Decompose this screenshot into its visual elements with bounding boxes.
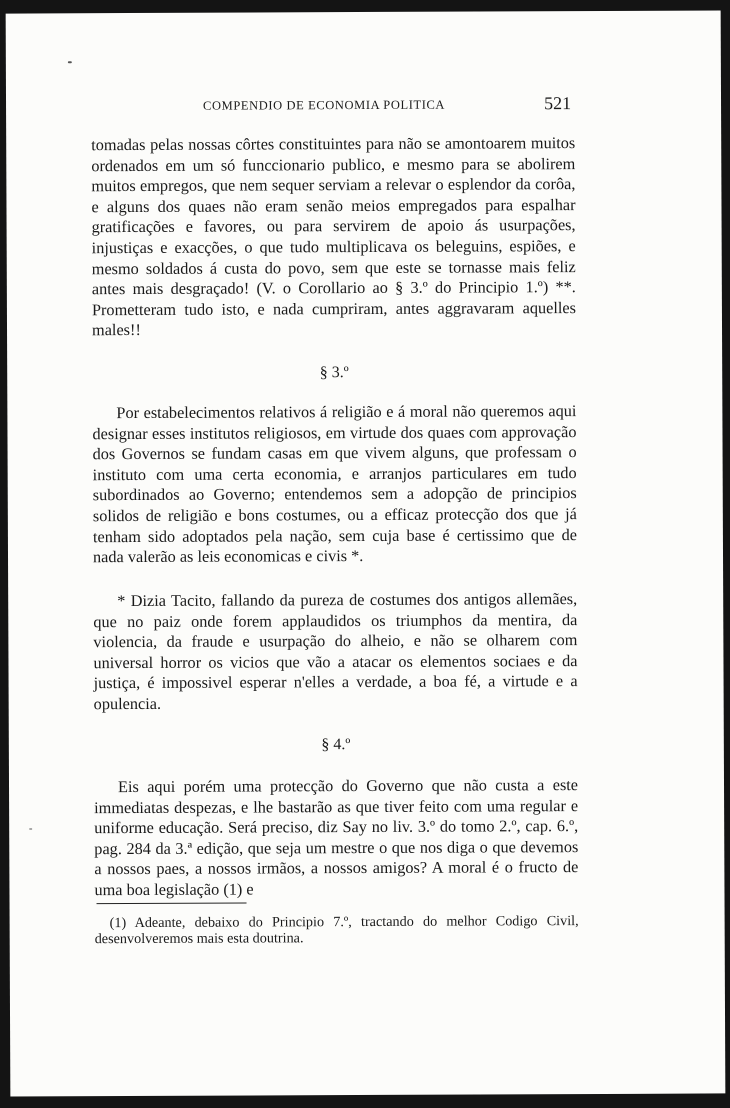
section-heading-4: § 4.º — [94, 735, 578, 755]
paragraph-section-3: Por estabelecimentos relativos á religiã… — [92, 401, 577, 568]
footnote-1: (1) Adeante, debaixo do Principio 7.º, t… — [95, 913, 579, 947]
running-head: COMPENDIO DE ECONOMIA POLITICA 521 — [91, 93, 575, 119]
print-speck — [68, 61, 72, 63]
page-content: COMPENDIO DE ECONOMIA POLITICA 521 tomad… — [91, 11, 575, 13]
running-title: COMPENDIO DE ECONOMIA POLITICA — [203, 98, 445, 114]
paragraph-section-4: Eis aqui porém uma protecção do Governo … — [94, 775, 579, 901]
print-speck — [29, 828, 32, 829]
section-heading-3: § 3.º — [92, 363, 576, 383]
page-number: 521 — [544, 93, 571, 114]
paragraph-tacito-note: * Dizia Tacito, fallando da pureza de co… — [93, 589, 578, 715]
book-page: COMPENDIO DE ECONOMIA POLITICA 521 tomad… — [6, 10, 726, 1096]
paragraph-continued: tomadas pelas nossas côrtes constituinte… — [91, 133, 576, 341]
footnote-divider — [97, 903, 247, 905]
